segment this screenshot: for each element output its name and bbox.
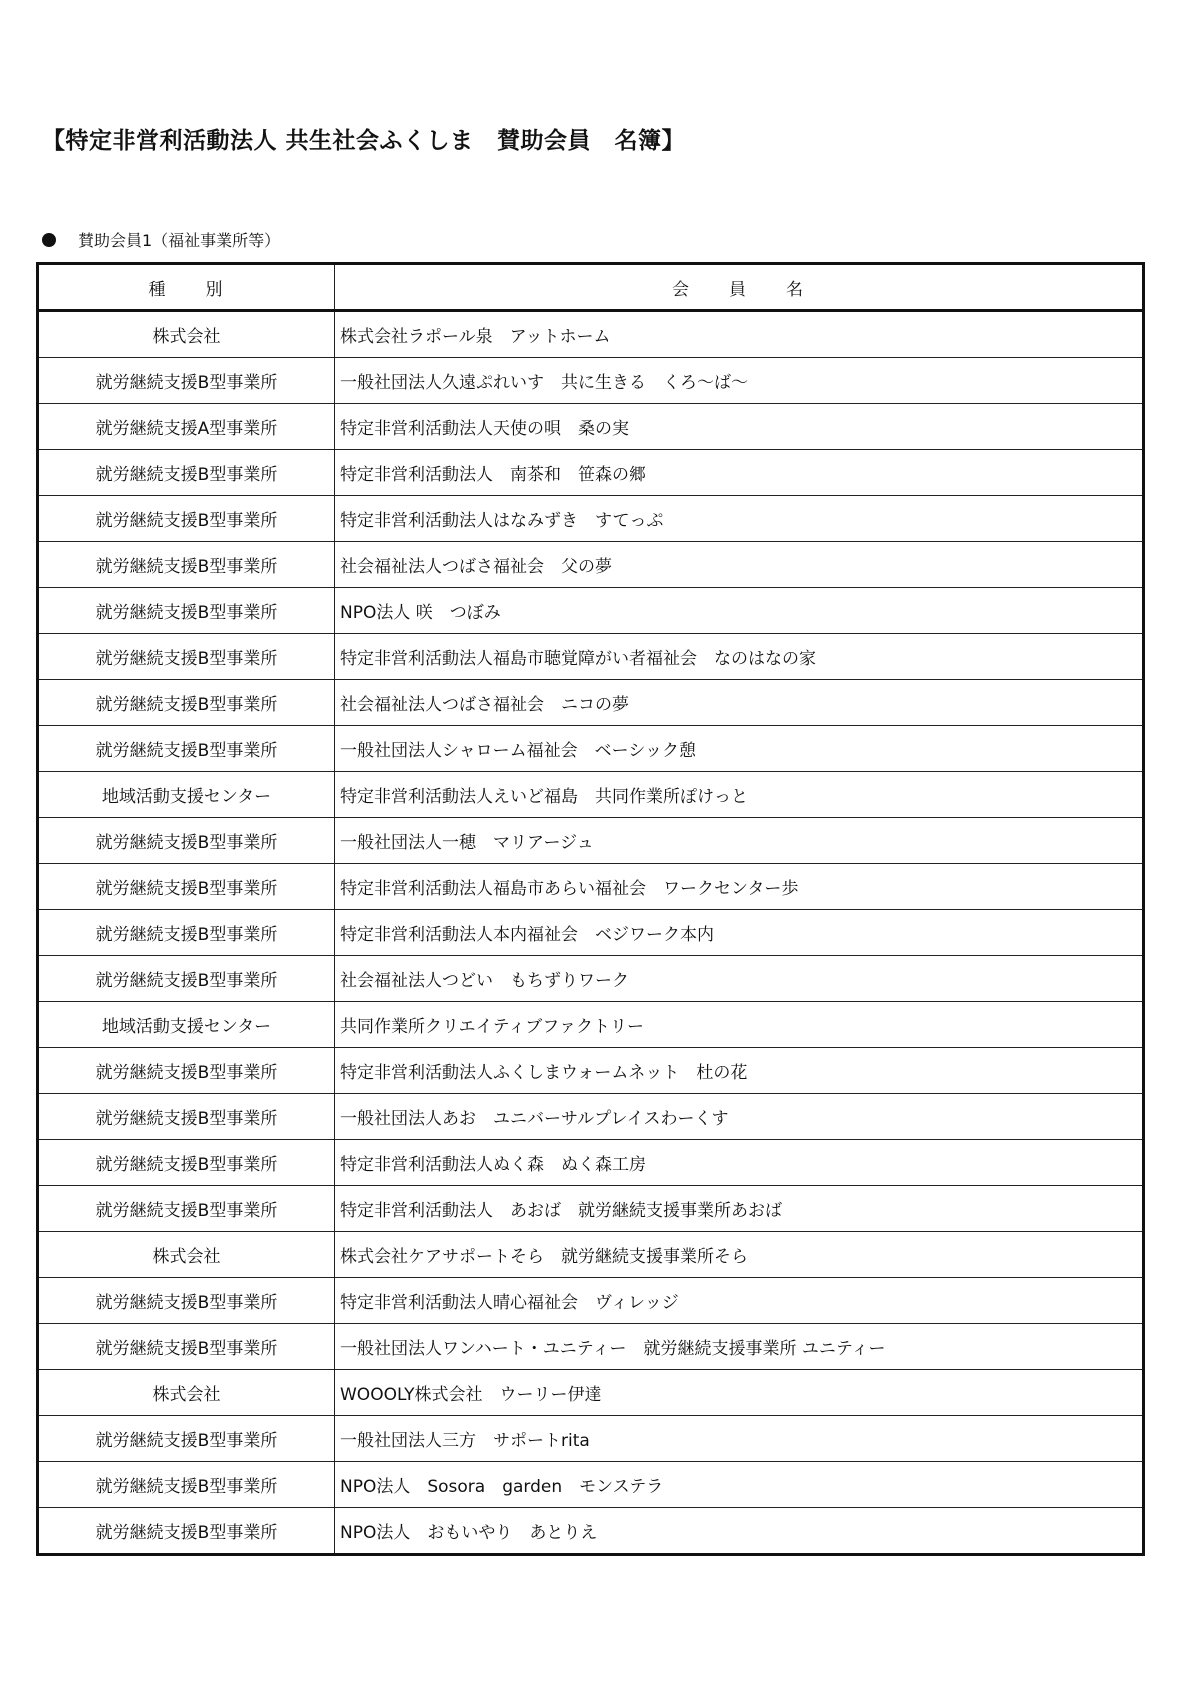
table-row: 就労継続支援B型事業所特定非営利活動法人本内福祉会 ベジワーク本内 (38, 910, 1144, 956)
column-header-type: 種 別 (38, 264, 335, 311)
member-name-cell: 特定非営利活動法人天使の唄 桑の実 (335, 404, 1144, 450)
table-row: 就労継続支援B型事業所NPO法人 おもいやり あとりえ (38, 1508, 1144, 1555)
section-heading: 賛助会員1（福祉事業所等） (42, 228, 280, 251)
member-type-cell: 就労継続支援B型事業所 (38, 1416, 335, 1462)
member-type-cell: 就労継続支援B型事業所 (38, 864, 335, 910)
member-name-cell: NPO法人 Sosora garden モンステラ (335, 1462, 1144, 1508)
member-type-cell: 就労継続支援A型事業所 (38, 404, 335, 450)
member-name-cell: NPO法人 おもいやり あとりえ (335, 1508, 1144, 1555)
member-name-cell: 一般社団法人あお ユニバーサルプレイスわーくす (335, 1094, 1144, 1140)
bullet-icon (42, 233, 56, 247)
table-row: 就労継続支援B型事業所特定非営利活動法人 南茶和 笹森の郷 (38, 450, 1144, 496)
member-name-cell: 特定非営利活動法人福島市聴覚障がい者福祉会 なのはなの家 (335, 634, 1144, 680)
member-name-cell: 一般社団法人シャローム福祉会 ベーシック憩 (335, 726, 1144, 772)
table-row: 就労継続支援B型事業所一般社団法人あお ユニバーサルプレイスわーくす (38, 1094, 1144, 1140)
table-row: 株式会社WOOOLY株式会社 ウーリー伊達 (38, 1370, 1144, 1416)
member-type-cell: 地域活動支援センター (38, 1002, 335, 1048)
member-type-cell: 就労継続支援B型事業所 (38, 358, 335, 404)
table-row: 就労継続支援B型事業所特定非営利活動法人福島市聴覚障がい者福祉会 なのはなの家 (38, 634, 1144, 680)
member-type-cell: 就労継続支援B型事業所 (38, 910, 335, 956)
table-row: 就労継続支援B型事業所一般社団法人久遠ぷれいす 共に生きる くろ～ば～ (38, 358, 1144, 404)
member-table: 種 別 会 員 名 株式会社株式会社ラポール泉 アットホーム就労継続支援B型事業… (36, 262, 1145, 1556)
member-name-cell: 特定非営利活動法人はなみずき すてっぷ (335, 496, 1144, 542)
member-name-cell: 特定非営利活動法人えいど福島 共同作業所ぽけっと (335, 772, 1144, 818)
member-type-cell: 就労継続支援B型事業所 (38, 1324, 335, 1370)
table-row: 就労継続支援B型事業所特定非営利活動法人ぬく森 ぬく森工房 (38, 1140, 1144, 1186)
member-type-cell: 就労継続支援B型事業所 (38, 956, 335, 1002)
member-name-cell: 一般社団法人ワンハート・ユニティー 就労継続支援事業所 ユニティー (335, 1324, 1144, 1370)
member-type-cell: 就労継続支援B型事業所 (38, 818, 335, 864)
table-body: 株式会社株式会社ラポール泉 アットホーム就労継続支援B型事業所一般社団法人久遠ぷ… (38, 311, 1144, 1555)
member-name-cell: 一般社団法人三方 サポートrita (335, 1416, 1144, 1462)
document-title: 【特定非営利活動法人 共生社会ふくしま 賛助会員 名簿】 (42, 122, 685, 155)
member-name-cell: 特定非営利活動法人晴心福祉会 ヴィレッジ (335, 1278, 1144, 1324)
table-row: 就労継続支援B型事業所特定非営利活動法人晴心福祉会 ヴィレッジ (38, 1278, 1144, 1324)
member-type-cell: 株式会社 (38, 311, 335, 358)
table-row: 就労継続支援B型事業所一般社団法人シャローム福祉会 ベーシック憩 (38, 726, 1144, 772)
table-row: 就労継続支援B型事業所NPO法人 咲 つぼみ (38, 588, 1144, 634)
member-name-cell: 社会福祉法人つどい もちずりワーク (335, 956, 1144, 1002)
table-row: 株式会社株式会社ラポール泉 アットホーム (38, 311, 1144, 358)
member-name-cell: 特定非営利活動法人ふくしまウォームネット 杜の花 (335, 1048, 1144, 1094)
member-type-cell: 就労継続支援B型事業所 (38, 680, 335, 726)
table-row: 就労継続支援B型事業所社会福祉法人つばさ福祉会 父の夢 (38, 542, 1144, 588)
member-type-cell: 株式会社 (38, 1370, 335, 1416)
table-header-row: 種 別 会 員 名 (38, 264, 1144, 311)
member-name-cell: 特定非営利活動法人福島市あらい福祉会 ワークセンター歩 (335, 864, 1144, 910)
member-name-cell: 社会福祉法人つばさ福祉会 ニコの夢 (335, 680, 1144, 726)
member-name-cell: 株式会社ケアサポートそら 就労継続支援事業所そら (335, 1232, 1144, 1278)
table-row: 株式会社株式会社ケアサポートそら 就労継続支援事業所そら (38, 1232, 1144, 1278)
table-row: 就労継続支援B型事業所特定非営利活動法人はなみずき すてっぷ (38, 496, 1144, 542)
member-type-cell: 就労継続支援B型事業所 (38, 1094, 335, 1140)
member-name-cell: 特定非営利活動法人 あおば 就労継続支援事業所あおば (335, 1186, 1144, 1232)
section-heading-label: 賛助会員1（福祉事業所等） (78, 228, 280, 251)
member-type-cell: 就労継続支援B型事業所 (38, 634, 335, 680)
member-type-cell: 株式会社 (38, 1232, 335, 1278)
member-name-cell: 株式会社ラポール泉 アットホーム (335, 311, 1144, 358)
member-name-cell: 共同作業所クリエイティブファクトリー (335, 1002, 1144, 1048)
member-type-cell: 地域活動支援センター (38, 772, 335, 818)
member-name-cell: 特定非営利活動法人ぬく森 ぬく森工房 (335, 1140, 1144, 1186)
member-name-cell: NPO法人 咲 つぼみ (335, 588, 1144, 634)
member-type-cell: 就労継続支援B型事業所 (38, 542, 335, 588)
member-name-cell: WOOOLY株式会社 ウーリー伊達 (335, 1370, 1144, 1416)
member-type-cell: 就労継続支援B型事業所 (38, 1278, 335, 1324)
table-row: 就労継続支援B型事業所特定非営利活動法人福島市あらい福祉会 ワークセンター歩 (38, 864, 1144, 910)
member-type-cell: 就労継続支援B型事業所 (38, 588, 335, 634)
member-type-cell: 就労継続支援B型事業所 (38, 1048, 335, 1094)
table-row: 就労継続支援B型事業所一般社団法人三方 サポートrita (38, 1416, 1144, 1462)
table-row: 就労継続支援B型事業所社会福祉法人つどい もちずりワーク (38, 956, 1144, 1002)
member-name-cell: 一般社団法人一穂 マリアージュ (335, 818, 1144, 864)
table-row: 就労継続支援B型事業所社会福祉法人つばさ福祉会 ニコの夢 (38, 680, 1144, 726)
member-type-cell: 就労継続支援B型事業所 (38, 726, 335, 772)
table-row: 地域活動支援センター特定非営利活動法人えいど福島 共同作業所ぽけっと (38, 772, 1144, 818)
member-type-cell: 就労継続支援B型事業所 (38, 450, 335, 496)
table-row: 就労継続支援A型事業所特定非営利活動法人天使の唄 桑の実 (38, 404, 1144, 450)
member-name-cell: 特定非営利活動法人 南茶和 笹森の郷 (335, 450, 1144, 496)
table-row: 就労継続支援B型事業所一般社団法人一穂 マリアージュ (38, 818, 1144, 864)
table-row: 就労継続支援B型事業所NPO法人 Sosora garden モンステラ (38, 1462, 1144, 1508)
column-header-member-name: 会 員 名 (335, 264, 1144, 311)
member-type-cell: 就労継続支援B型事業所 (38, 1140, 335, 1186)
table-row: 就労継続支援B型事業所特定非営利活動法人ふくしまウォームネット 杜の花 (38, 1048, 1144, 1094)
table-row: 地域活動支援センター共同作業所クリエイティブファクトリー (38, 1002, 1144, 1048)
table-row: 就労継続支援B型事業所特定非営利活動法人 あおば 就労継続支援事業所あおば (38, 1186, 1144, 1232)
member-type-cell: 就労継続支援B型事業所 (38, 1462, 335, 1508)
member-name-cell: 社会福祉法人つばさ福祉会 父の夢 (335, 542, 1144, 588)
member-type-cell: 就労継続支援B型事業所 (38, 1508, 335, 1555)
member-type-cell: 就労継続支援B型事業所 (38, 496, 335, 542)
member-name-cell: 特定非営利活動法人本内福祉会 ベジワーク本内 (335, 910, 1144, 956)
member-name-cell: 一般社団法人久遠ぷれいす 共に生きる くろ～ば～ (335, 358, 1144, 404)
member-type-cell: 就労継続支援B型事業所 (38, 1186, 335, 1232)
table-row: 就労継続支援B型事業所一般社団法人ワンハート・ユニティー 就労継続支援事業所 ユ… (38, 1324, 1144, 1370)
